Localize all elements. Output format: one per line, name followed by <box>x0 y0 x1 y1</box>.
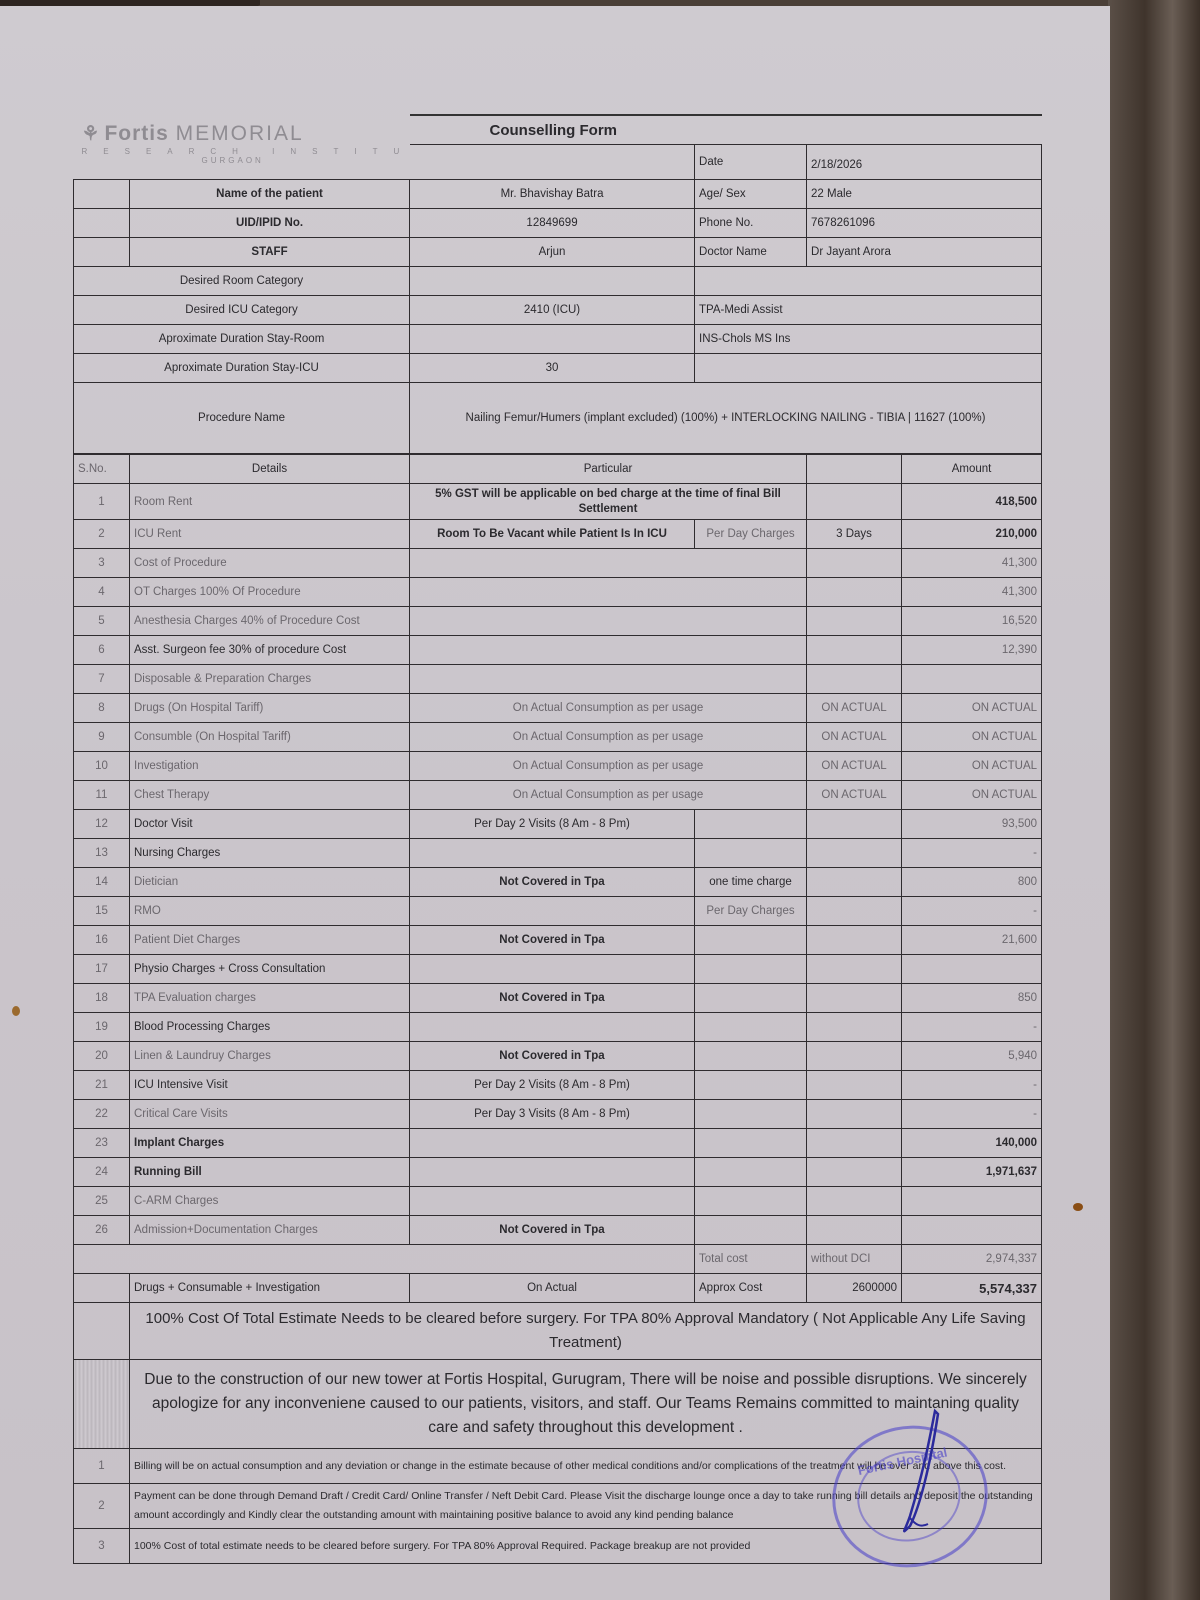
logo-name: MEMORIAL <box>176 122 304 145</box>
charge-row: 6Asst. Surgeon fee 30% of procedure Cost… <box>74 636 1042 665</box>
blank-header <box>807 455 902 484</box>
row-details: Disposable & Preparation Charges <box>130 665 410 694</box>
row-sno: 14 <box>74 868 130 897</box>
row-particular: Not Covered in Tpa <box>410 868 695 897</box>
row-amount <box>902 1216 1042 1245</box>
row-qty <box>807 926 902 955</box>
row-details: Drugs (On Hospital Tariff) <box>130 694 410 723</box>
tpa-name: TPA-Medi Assist <box>695 296 1042 325</box>
doctor-label: Doctor Name <box>695 238 807 267</box>
row-qty: ON ACTUAL <box>807 723 902 752</box>
row-particular: Room To Be Vacant while Patient Is In IC… <box>410 520 695 549</box>
row-sno: 8 <box>74 694 130 723</box>
row-sno: 2 <box>74 520 130 549</box>
row-details: Implant Charges <box>130 1129 410 1158</box>
row-note: one time charge <box>695 868 807 897</box>
staff-label: STAFF <box>130 238 410 267</box>
row-sno: 5 <box>74 607 130 636</box>
room-duration-value <box>410 325 695 354</box>
row-sno: 12 <box>74 810 130 839</box>
insurer-name: INS-Chols MS Ins <box>695 325 1042 354</box>
row-qty <box>807 607 902 636</box>
date-label: Date <box>695 145 807 180</box>
row-note <box>695 1071 807 1100</box>
row-particular: Not Covered in Tpa <box>410 926 695 955</box>
approx-details: Drugs + Consumable + Investigation <box>130 1274 410 1303</box>
row-details: ICU Rent <box>130 520 410 549</box>
row-sno: 19 <box>74 1013 130 1042</box>
patient-info-table: ⚘Fortis MEMORIAL RESEARCH INSTITUTE GURG… <box>73 114 1042 454</box>
blank-cell <box>695 267 1042 296</box>
paper-stain <box>12 1006 20 1016</box>
row-amount: - <box>902 839 1042 868</box>
row-qty <box>807 1042 902 1071</box>
row-note <box>695 955 807 984</box>
row-details: Nursing Charges <box>130 839 410 868</box>
form-title: Counselling Form <box>410 115 1042 145</box>
row-details: Consumble (On Hospital Tariff) <box>130 723 410 752</box>
paper-sheet: ⚘Fortis MEMORIAL RESEARCH INSTITUTE GURG… <box>0 6 1110 1600</box>
row-details: Critical Care Visits <box>130 1100 410 1129</box>
row-details: Room Rent <box>130 484 410 520</box>
charge-row: 21ICU Intensive VisitPer Day 2 Visits (8… <box>74 1071 1042 1100</box>
charge-row: 17Physio Charges + Cross Consultation <box>74 955 1042 984</box>
blank-cell <box>695 354 1042 383</box>
charge-row: 4OT Charges 100% Of Procedure41,300 <box>74 578 1042 607</box>
counselling-form: ⚘Fortis MEMORIAL RESEARCH INSTITUTE GURG… <box>73 114 1041 1564</box>
hospital-logo: ⚘Fortis MEMORIAL RESEARCH INSTITUTE GURG… <box>74 115 410 180</box>
row-note: Per Day Charges <box>695 520 807 549</box>
icu-duration-label: Aproximate Duration Stay-ICU <box>74 354 410 383</box>
row-amount <box>902 955 1042 984</box>
row-sno: 13 <box>74 839 130 868</box>
charges-table: S.No. Details Particular Amount 1Room Re… <box>73 454 1042 1564</box>
paper-stain <box>1073 1203 1083 1211</box>
uid-label: UID/IPID No. <box>130 209 410 238</box>
row-details: Dietician <box>130 868 410 897</box>
charge-row: 18TPA Evaluation chargesNot Covered in T… <box>74 984 1042 1013</box>
row-qty: ON ACTUAL <box>807 781 902 810</box>
row-note <box>695 1158 807 1187</box>
row-note <box>695 1187 807 1216</box>
charge-row: 24Running Bill1,971,637 <box>74 1158 1042 1187</box>
row-details: Chest Therapy <box>130 781 410 810</box>
row-qty: ON ACTUAL <box>807 752 902 781</box>
doctor-value: Dr Jayant Arora <box>807 238 1042 267</box>
uid-value: 12849699 <box>410 209 695 238</box>
row-note <box>695 839 807 868</box>
row-particular: Not Covered in Tpa <box>410 984 695 1013</box>
charge-row: 19Blood Processing Charges- <box>74 1013 1042 1042</box>
clearance-note: 100% Cost Of Total Estimate Needs to be … <box>130 1303 1042 1360</box>
row-particular: On Actual Consumption as per usage <box>410 723 807 752</box>
row-qty <box>807 868 902 897</box>
row-qty <box>807 984 902 1013</box>
row-particular <box>410 897 695 926</box>
row-amount: 93,500 <box>902 810 1042 839</box>
row-amount: ON ACTUAL <box>902 752 1042 781</box>
fortis-logo-icon: ⚘ <box>82 121 101 146</box>
blank-cell <box>410 145 695 180</box>
logo-subtitle: RESEARCH INSTITUTE <box>82 147 410 156</box>
row-details: Asst. Surgeon fee 30% of procedure Cost <box>130 636 410 665</box>
phone-value: 7678261096 <box>807 209 1042 238</box>
row-details: C-ARM Charges <box>130 1187 410 1216</box>
row-amount: 12,390 <box>902 636 1042 665</box>
row-particular <box>410 549 807 578</box>
row-particular <box>410 839 695 868</box>
phone-label: Phone No. <box>695 209 807 238</box>
row-amount: - <box>902 897 1042 926</box>
charge-row: 22Critical Care VisitsPer Day 3 Visits (… <box>74 1100 1042 1129</box>
logo-brand: Fortis <box>104 122 168 145</box>
blank-cell <box>74 1303 130 1360</box>
staff-value: Arjun <box>410 238 695 267</box>
row-details: ICU Intensive Visit <box>130 1071 410 1100</box>
row-note <box>695 926 807 955</box>
row-sno: 6 <box>74 636 130 665</box>
age-sex-label: Age/ Sex <box>695 180 807 209</box>
charge-row: 8Drugs (On Hospital Tariff)On Actual Con… <box>74 694 1042 723</box>
row-particular <box>410 1158 695 1187</box>
row-details: TPA Evaluation charges <box>130 984 410 1013</box>
row-note <box>695 1100 807 1129</box>
row-sno: 26 <box>74 1216 130 1245</box>
charges-header-row: S.No. Details Particular Amount <box>74 455 1042 484</box>
room-category-value <box>410 267 695 296</box>
row-particular: Not Covered in Tpa <box>410 1216 695 1245</box>
term-sno: 1 <box>74 1449 130 1484</box>
row-qty <box>807 1216 902 1245</box>
approx-amount: 5,574,337 <box>902 1274 1042 1303</box>
row-particular <box>410 607 807 636</box>
row-qty <box>807 1158 902 1187</box>
row-qty <box>807 549 902 578</box>
room-duration-label: Aproximate Duration Stay-Room <box>74 325 410 354</box>
procedure-value: Nailing Femur/Humers (implant excluded) … <box>410 383 1042 454</box>
patient-name-label: Name of the patient <box>130 180 410 209</box>
row-qty <box>807 955 902 984</box>
row-qty <box>807 1129 902 1158</box>
row-note <box>695 810 807 839</box>
icu-category-value: 2410 (ICU) <box>410 296 695 325</box>
row-amount: 800 <box>902 868 1042 897</box>
date-value: 2/18/2026 <box>807 145 1042 180</box>
particular-header: Particular <box>410 455 807 484</box>
term-sno: 3 <box>74 1529 130 1564</box>
total-row: Total cost without DCI 2,974,337 <box>74 1245 1042 1274</box>
row-amount: 5,940 <box>902 1042 1042 1071</box>
row-note <box>695 1129 807 1158</box>
row-amount: 140,000 <box>902 1129 1042 1158</box>
row-qty <box>807 1071 902 1100</box>
row-sno: 1 <box>74 484 130 520</box>
row-sno: 11 <box>74 781 130 810</box>
row-particular: On Actual Consumption as per usage <box>410 694 807 723</box>
row-details: Patient Diet Charges <box>130 926 410 955</box>
row-particular <box>410 578 807 607</box>
row-details: Cost of Procedure <box>130 549 410 578</box>
row-qty <box>807 1187 902 1216</box>
blank-cell <box>74 1245 695 1274</box>
row-particular <box>410 636 807 665</box>
row-qty <box>807 810 902 839</box>
row-qty <box>807 1100 902 1129</box>
row-amount: 41,300 <box>902 578 1042 607</box>
charge-row: 1Room Rent5% GST will be applicable on b… <box>74 484 1042 520</box>
row-particular <box>410 665 807 694</box>
row-qty <box>807 897 902 926</box>
charge-row: 20Linen & Laundruy ChargesNot Covered in… <box>74 1042 1042 1071</box>
row-note <box>695 1042 807 1071</box>
row-sno: 20 <box>74 1042 130 1071</box>
total-amount: 2,974,337 <box>902 1245 1042 1274</box>
row-details: Anesthesia Charges 40% of Procedure Cost <box>130 607 410 636</box>
row-amount: 418,500 <box>902 484 1042 520</box>
row-amount: 210,000 <box>902 520 1042 549</box>
row-particular: Per Day 2 Visits (8 Am - 8 Pm) <box>410 1071 695 1100</box>
total-qualifier: without DCI <box>807 1245 902 1274</box>
charge-row: 15RMOPer Day Charges- <box>74 897 1042 926</box>
row-note <box>695 1216 807 1245</box>
blank-cell <box>74 1360 130 1449</box>
charge-row: 5Anesthesia Charges 40% of Procedure Cos… <box>74 607 1042 636</box>
charge-row: 7Disposable & Preparation Charges <box>74 665 1042 694</box>
row-particular <box>410 1013 695 1042</box>
patient-name-value: Mr. Bhavishay Batra <box>410 180 695 209</box>
row-sno: 9 <box>74 723 130 752</box>
row-amount: - <box>902 1013 1042 1042</box>
charge-row: 26Admission+Documentation ChargesNot Cov… <box>74 1216 1042 1245</box>
row-qty <box>807 665 902 694</box>
row-amount: 16,520 <box>902 607 1042 636</box>
charge-row: 14DieticianNot Covered in Tpaone time ch… <box>74 868 1042 897</box>
row-qty <box>807 484 902 520</box>
row-qty <box>807 1013 902 1042</box>
row-sno: 23 <box>74 1129 130 1158</box>
row-qty: ON ACTUAL <box>807 694 902 723</box>
age-sex-value: 22 Male <box>807 180 1042 209</box>
charge-row: 10InvestigationOn Actual Consumption as … <box>74 752 1042 781</box>
icu-category-label: Desired ICU Category <box>74 296 410 325</box>
charge-row: 2ICU RentRoom To Be Vacant while Patient… <box>74 520 1042 549</box>
row-details: Running Bill <box>130 1158 410 1187</box>
charge-row: 3Cost of Procedure41,300 <box>74 549 1042 578</box>
row-note <box>695 1013 807 1042</box>
total-label: Total cost <box>695 1245 807 1274</box>
background-table-surface <box>1108 0 1200 1600</box>
charge-row: 12Doctor VisitPer Day 2 Visits (8 Am - 8… <box>74 810 1042 839</box>
row-particular: On Actual Consumption as per usage <box>410 752 807 781</box>
row-particular: Not Covered in Tpa <box>410 1042 695 1071</box>
row-sno: 15 <box>74 897 130 926</box>
row-note <box>695 984 807 1013</box>
blank-cell <box>74 209 130 238</box>
row-sno: 17 <box>74 955 130 984</box>
charge-row: 16Patient Diet ChargesNot Covered in Tpa… <box>74 926 1042 955</box>
sno-header: S.No. <box>74 455 130 484</box>
charge-row: 23Implant Charges140,000 <box>74 1129 1042 1158</box>
blank-cell <box>74 180 130 209</box>
row-sno: 24 <box>74 1158 130 1187</box>
row-qty: 3 Days <box>807 520 902 549</box>
row-particular: Per Day 3 Visits (8 Am - 8 Pm) <box>410 1100 695 1129</box>
amount-header: Amount <box>902 455 1042 484</box>
charge-row: 9Consumble (On Hospital Tariff)On Actual… <box>74 723 1042 752</box>
row-sno: 7 <box>74 665 130 694</box>
blank-cell <box>74 1274 130 1303</box>
row-sno: 21 <box>74 1071 130 1100</box>
approx-qty: 2600000 <box>807 1274 902 1303</box>
row-details: Linen & Laundruy Charges <box>130 1042 410 1071</box>
row-details: Physio Charges + Cross Consultation <box>130 955 410 984</box>
row-particular: 5% GST will be applicable on bed charge … <box>410 484 807 520</box>
row-particular <box>410 1187 695 1216</box>
row-particular: On Actual Consumption as per usage <box>410 781 807 810</box>
row-sno: 22 <box>74 1100 130 1129</box>
row-note: Per Day Charges <box>695 897 807 926</box>
row-details: Admission+Documentation Charges <box>130 1216 410 1245</box>
charge-row: 13Nursing Charges- <box>74 839 1042 868</box>
term-sno: 2 <box>74 1484 130 1529</box>
charge-row: 11Chest TherapyOn Actual Consumption as … <box>74 781 1042 810</box>
row-details: RMO <box>130 897 410 926</box>
row-details: Blood Processing Charges <box>130 1013 410 1042</box>
logo-city: GURGAON <box>202 156 410 165</box>
row-sno: 25 <box>74 1187 130 1216</box>
row-qty <box>807 578 902 607</box>
row-qty <box>807 636 902 665</box>
row-amount: ON ACTUAL <box>902 694 1042 723</box>
row-sno: 4 <box>74 578 130 607</box>
signature-icon <box>890 1406 950 1546</box>
row-details: OT Charges 100% Of Procedure <box>130 578 410 607</box>
row-amount: 1,971,637 <box>902 1158 1042 1187</box>
charge-rows: 1Room Rent5% GST will be applicable on b… <box>74 484 1042 1245</box>
row-details: Investigation <box>130 752 410 781</box>
details-header: Details <box>130 455 410 484</box>
row-sno: 18 <box>74 984 130 1013</box>
room-category-label: Desired Room Category <box>74 267 410 296</box>
row-details: Doctor Visit <box>130 810 410 839</box>
charge-row: 25C-ARM Charges <box>74 1187 1042 1216</box>
approx-label: Approx Cost <box>695 1274 807 1303</box>
approx-row: Drugs + Consumable + Investigation On Ac… <box>74 1274 1042 1303</box>
row-amount: ON ACTUAL <box>902 781 1042 810</box>
row-amount: ON ACTUAL <box>902 723 1042 752</box>
row-amount <box>902 665 1042 694</box>
blank-cell <box>74 238 130 267</box>
row-particular <box>410 955 695 984</box>
icu-duration-value: 30 <box>410 354 695 383</box>
row-amount <box>902 1187 1042 1216</box>
row-amount: 21,600 <box>902 926 1042 955</box>
row-amount: 850 <box>902 984 1042 1013</box>
row-amount: - <box>902 1071 1042 1100</box>
procedure-label: Procedure Name <box>74 383 410 454</box>
approx-particular: On Actual <box>410 1274 695 1303</box>
row-amount: 41,300 <box>902 549 1042 578</box>
row-sno: 3 <box>74 549 130 578</box>
row-qty <box>807 839 902 868</box>
row-particular <box>410 1129 695 1158</box>
row-particular: Per Day 2 Visits (8 Am - 8 Pm) <box>410 810 695 839</box>
row-amount: - <box>902 1100 1042 1129</box>
row-sno: 10 <box>74 752 130 781</box>
row-sno: 16 <box>74 926 130 955</box>
